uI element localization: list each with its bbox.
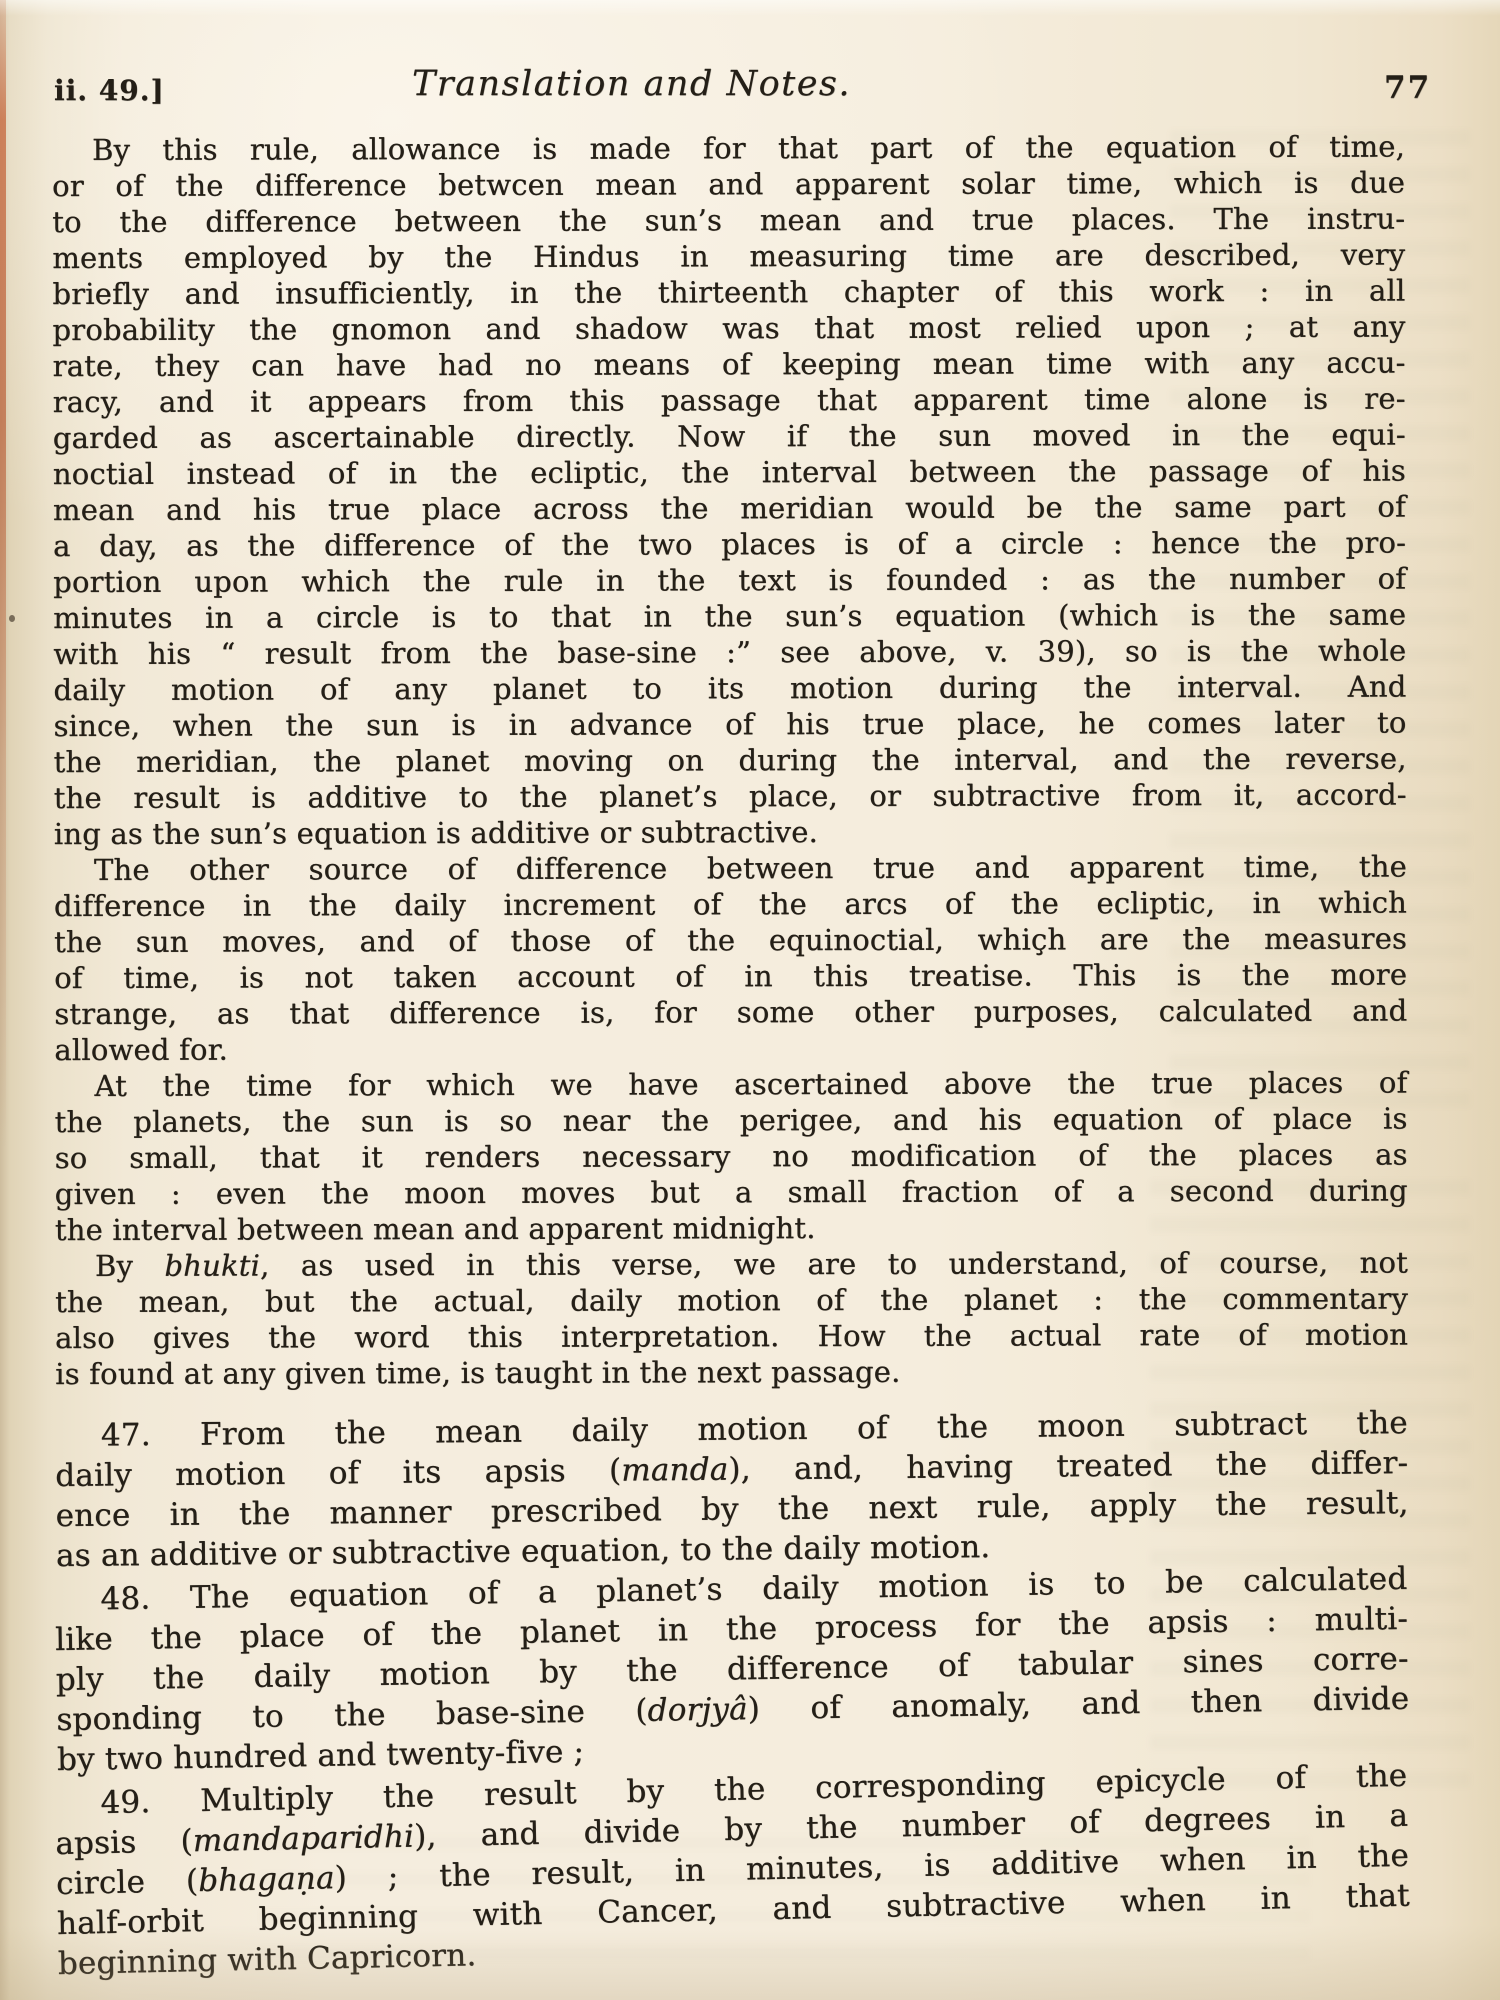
paragraph-note-2: The other source of difference between t… [54,848,1408,1068]
text-line: briefly and insufficiently, in the thirt… [52,272,1405,312]
text-line: the interval between mean and apparent m… [55,1208,1408,1248]
text-line: the planets, the sun is so near the peri… [55,1100,1408,1140]
paragraph-verse-47: 47. From the mean daily motion of the mo… [55,1403,1409,1576]
text-line: a day, as the difference of the two plac… [53,524,1406,564]
text-run: daily motion of its apsis ( [55,1453,621,1494]
text-line: the sun moves, and of those of the equin… [54,920,1407,960]
section-marker: ii. 49.] [54,74,165,107]
text-line: garded as ascertainable directly. Now if… [53,416,1406,456]
paragraph-verse-49: 49. Multiply the result by the correspon… [54,1756,1411,1984]
running-title: Translation and Notes. [412,64,851,104]
text-line: of time, is not taken account of in this… [54,956,1407,996]
text-line: minutes in a circle is to that in the su… [53,596,1406,636]
text-line: portion upon which the rule in the text … [53,560,1406,600]
italic-term: dorjyâ [647,1691,748,1729]
italic-term: bhagaṇa [198,1860,335,1899]
text-line: By bhukti, as used in this verse, we are… [55,1244,1408,1284]
text-run: By [95,1249,165,1283]
text-line: also gives the word this interpretation.… [55,1316,1408,1356]
text-line: to the difference between the sun’s mean… [52,200,1405,240]
text-line: ing as the sun’s equation is additive or… [54,812,1407,852]
text-line: By this rule, allowance is made for that… [52,128,1405,168]
italic-term: bhukti [164,1248,260,1282]
text-line: allowed for. [54,1028,1407,1068]
text-run: ) of anomaly, and then divide [747,1681,1409,1727]
text-line: probability the gnomon and shadow was th… [52,308,1405,348]
page-body: By this rule, allowance is made for that… [52,128,1410,1984]
ink-speck [9,615,15,622]
text-line: since, when the sun is in advance of his… [54,704,1407,744]
text-line: At the time for which we have ascertaine… [54,1064,1407,1104]
text-run: apsis ( [55,1823,193,1862]
book-page: ii. 49.] Translation and Notes. 77 By th… [0,0,1500,2000]
italic-term: mandaparidhi [192,1818,414,1859]
text-line: racy, and it appears from this passage t… [53,380,1406,420]
italic-term: manda [621,1452,729,1489]
text-line: ments employed by the Hindus in measurin… [52,236,1405,276]
text-run: ), and, having treated the differ- [728,1445,1408,1488]
page-number: 77 [1384,70,1431,106]
paragraph-verse-48: 48. The equation of a planet’s daily mot… [54,1559,1410,1780]
text-line: difference in the daily increment of the… [54,884,1407,924]
paragraph-note-1: By this rule, allowance is made for that… [52,128,1407,852]
text-line: is found at any given time, is taught in… [55,1352,1408,1392]
paragraph-note-4: By bhukti, as used in this verse, we are… [55,1244,1408,1392]
text-line: strange, as that difference is, for some… [54,992,1407,1032]
book-edge-line [0,0,6,1150]
text-line: the meridian, the planet moving on durin… [54,740,1407,780]
text-line: the result is additive to the planet’s p… [54,776,1407,816]
text-line: the mean, but the actual, daily motion o… [55,1280,1408,1320]
text-line: or of the difference betwcen mean and ap… [52,164,1405,204]
text-line: so small, that it renders necessary no m… [55,1136,1408,1176]
text-run: circle ( [56,1863,199,1902]
text-line: mean and his true place across the merid… [53,488,1406,528]
text-line: The other source of difference between t… [54,848,1407,888]
text-run: , as used in this verse, we are to under… [260,1245,1408,1282]
text-line: rate, they can have had no means of keep… [53,344,1406,384]
text-line: noctial instead of in the ecliptic, the … [53,452,1406,492]
text-line: given : even the moon moves but a small … [55,1172,1408,1212]
text-line: daily motion of any planet to its motion… [53,668,1406,708]
paragraph-note-3: At the time for which we have ascertaine… [54,1064,1407,1248]
text-line: with his “ result from the base-sine :” … [53,632,1406,672]
